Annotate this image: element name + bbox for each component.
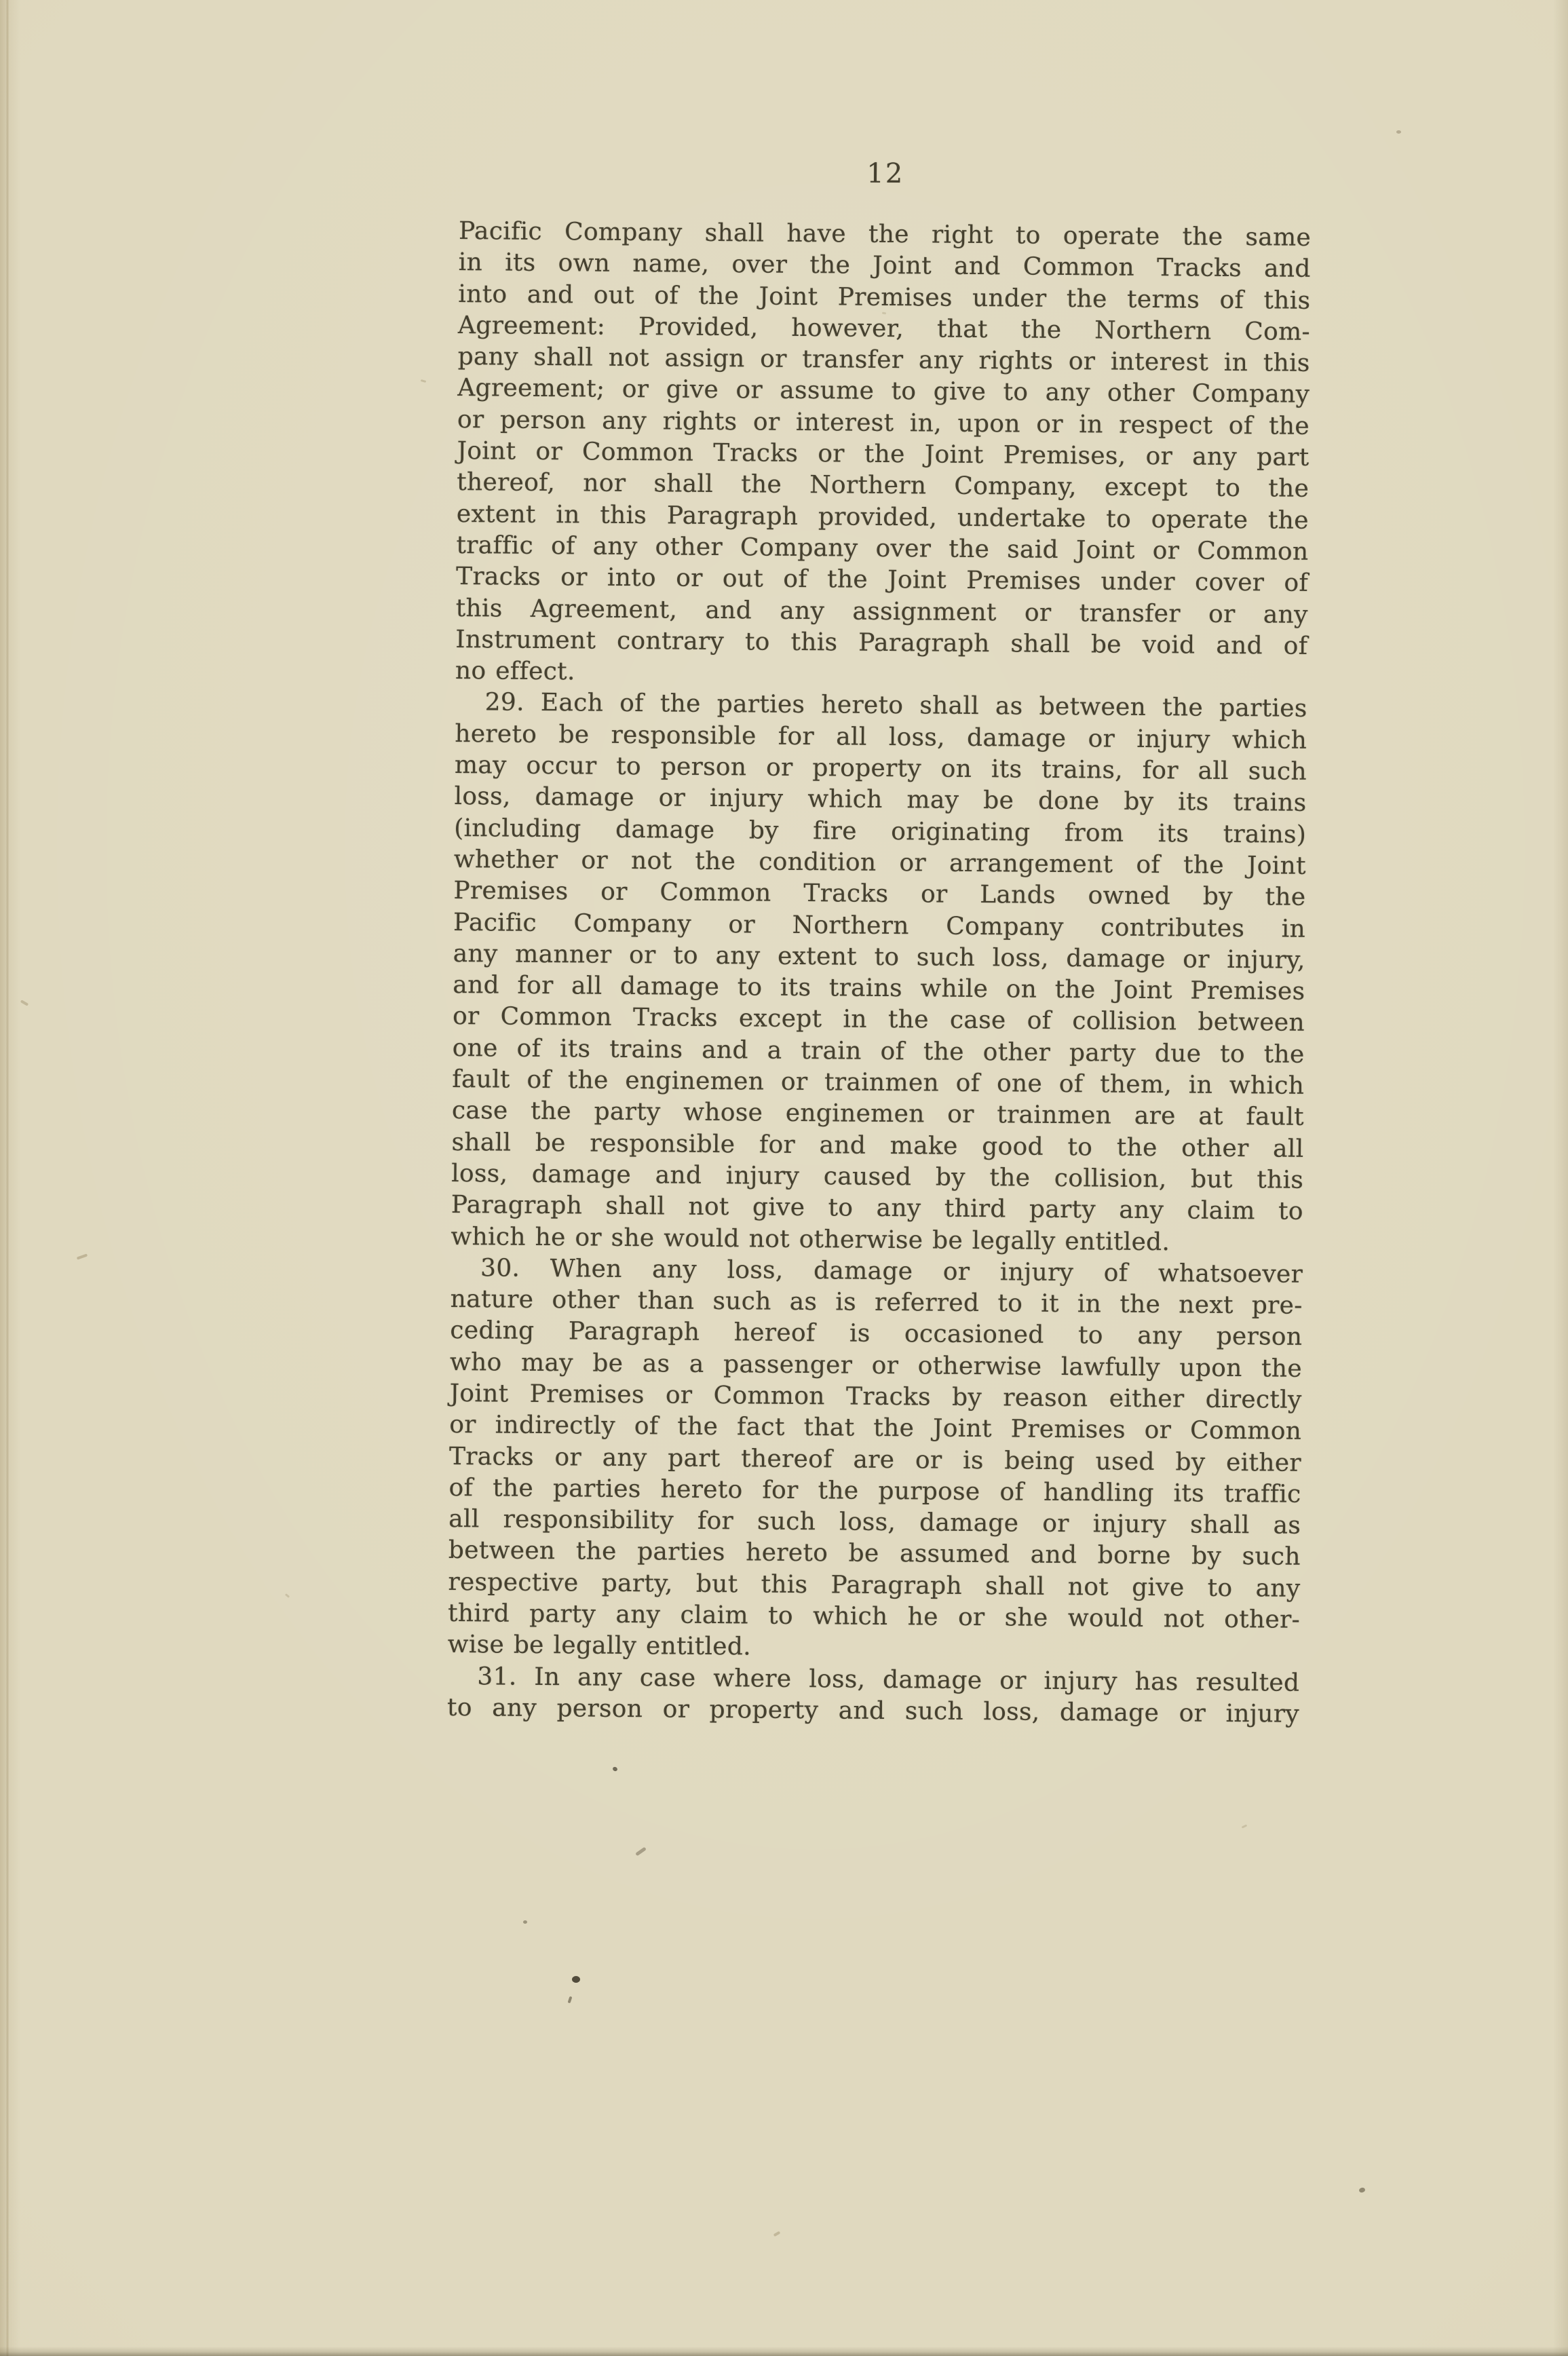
paper-speck — [20, 1000, 28, 1006]
paper-speck — [773, 2231, 781, 2237]
page-gutter-crease — [6, 0, 9, 2356]
page-gutter-shadow — [0, 0, 20, 2356]
page-right-edge-shade — [1553, 0, 1568, 2356]
paper-speck — [572, 1976, 580, 1983]
paper-speck — [421, 379, 427, 383]
document-page: 12 Pacific Company shall have the right … — [0, 0, 1568, 2356]
paper-speck — [612, 1766, 618, 1772]
paragraph-continuation: Pacific Company shall have the right to … — [455, 216, 1311, 693]
paper-speck — [635, 1847, 647, 1857]
paper-speck — [1358, 2187, 1366, 2193]
paragraph-paragraph-29: 29. Each of the parties hereto shall as … — [451, 687, 1307, 1259]
paper-speck — [1242, 1824, 1248, 1828]
text-line: to any person or property and such loss,… — [447, 1692, 1299, 1730]
print-block: 12 Pacific Company shall have the right … — [447, 155, 1312, 1730]
paper-speck — [1396, 130, 1401, 134]
paper-speck — [568, 1996, 573, 2004]
paper-speck — [523, 1920, 527, 1924]
page-bottom-edge — [0, 2346, 1568, 2356]
paper-speck — [77, 1253, 88, 1259]
paragraph-paragraph-31: 31. In any case where loss, damage or in… — [447, 1661, 1300, 1730]
paper-speck — [285, 1593, 290, 1598]
paragraph-paragraph-30: 30. When any loss, damage or injury of w… — [448, 1253, 1303, 1668]
document-text: Pacific Company shall have the right to … — [447, 216, 1311, 1730]
page-number: 12 — [459, 155, 1312, 193]
